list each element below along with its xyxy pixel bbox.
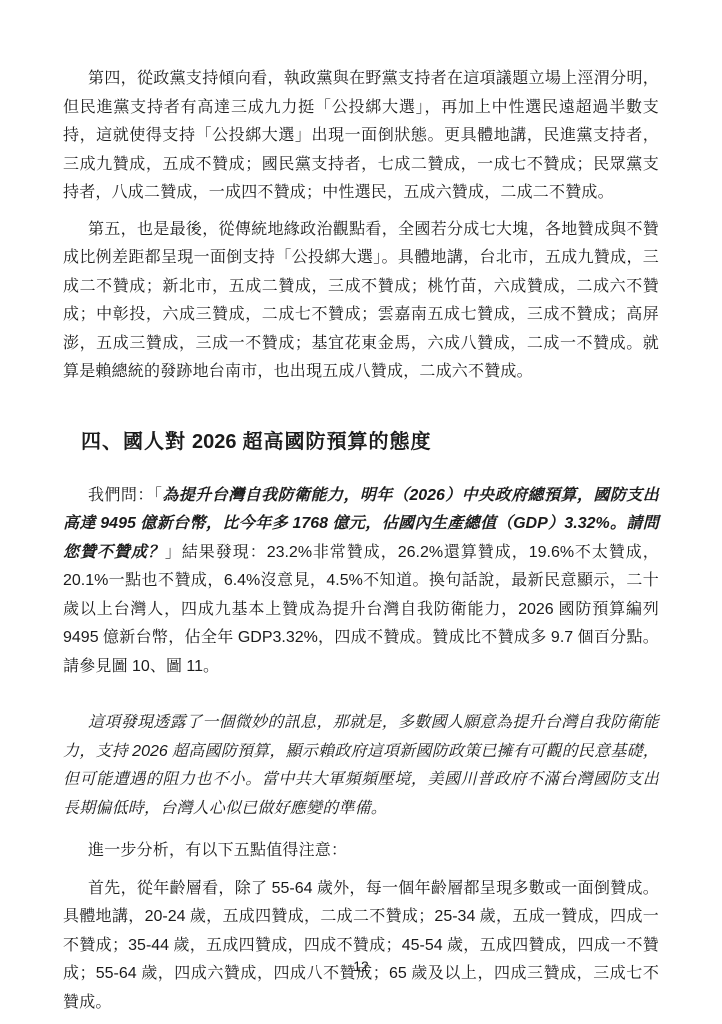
paragraph-insight-italic: 這項發現透露了一個微妙的訊息，那就是，多數國人願意為提升台灣自我防衛能力，支持 …: [63, 709, 659, 823]
paragraph-survey-question: 我們問：「為提升台灣自我防衛能力，明年（2026）中央政府總預算，國防支出高達 …: [63, 482, 659, 682]
paragraph-analysis-leadin: 進一步分析，有以下五點值得注意：: [63, 837, 659, 866]
section-heading-defense-budget: 四、國人對 2026 超高國防預算的態度: [81, 427, 659, 457]
survey-question-intro: 我們問：「: [88, 487, 162, 504]
paragraph-age-groups: 首先，從年齡層看，除了 55-64 歲外，每一個年齡層都呈現多數或一面倒贊成。具…: [63, 875, 659, 1018]
document-page: 第四，從政黨支持傾向看，執政黨與在野黨支持者在這項議題立場上涇渭分明，但民進黨支…: [0, 0, 722, 1024]
survey-question-result: 」結果發現：23.2%非常贊成，26.2%還算贊成，19.6%不太贊成，20.1…: [63, 544, 659, 675]
paragraph-regional-breakdown: 第五，也是最後，從傳統地緣政治觀點看，全國若分成七大塊，各地贊成與不贊成比例差距…: [63, 216, 659, 387]
page-number: 12: [0, 958, 722, 974]
document-body: 第四，從政黨支持傾向看，執政黨與在野黨支持者在這項議題立場上涇渭分明，但民進黨支…: [63, 0, 659, 1017]
paragraph-party-support: 第四，從政黨支持傾向看，執政黨與在野黨支持者在這項議題立場上涇渭分明，但民進黨支…: [63, 65, 659, 208]
